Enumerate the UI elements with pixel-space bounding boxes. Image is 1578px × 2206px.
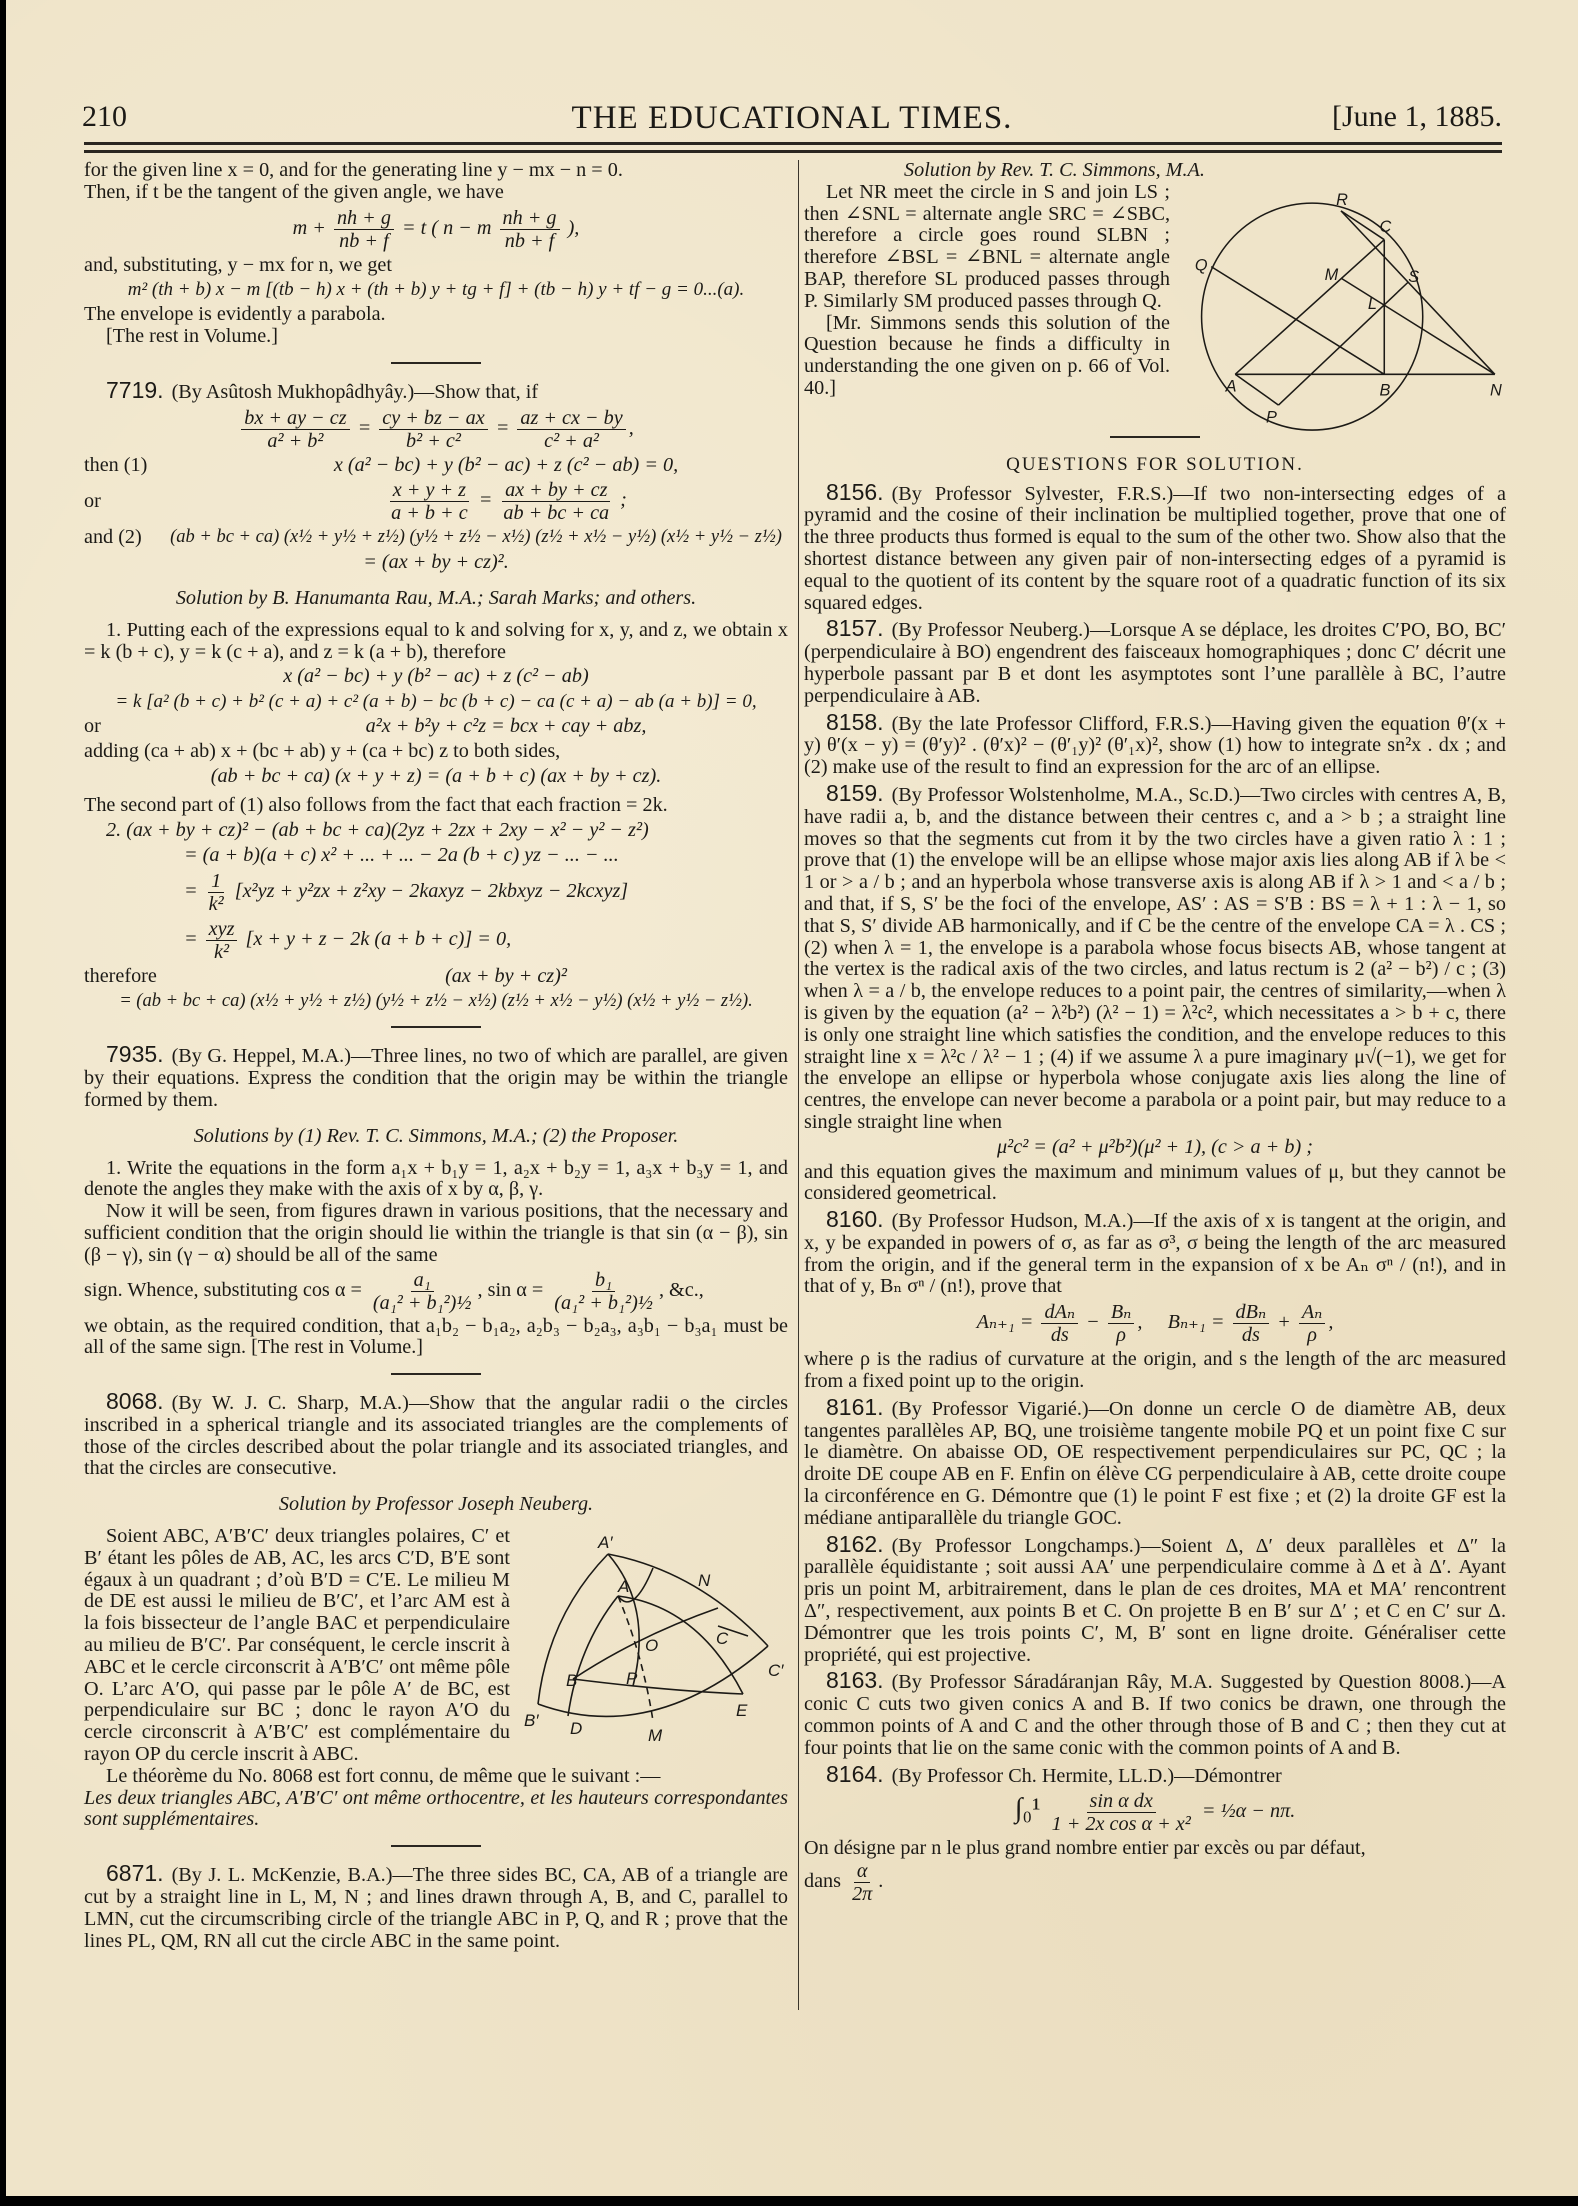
eq-body: x (a² − bc) + y (b² − ac) + z (c² − ab) …	[224, 455, 788, 477]
numerator: ax + by + cz	[502, 479, 610, 502]
text-line: Then, if t be the tangent of the given a…	[84, 182, 788, 204]
text-line: and, substituting, y − mx for n, we get	[84, 255, 788, 277]
eq-part: Aₙ₊₁ =	[977, 1311, 1034, 1333]
eq-label: or	[84, 491, 224, 513]
denominator: nb + f	[336, 230, 392, 252]
question-8156: 8156.(By Professor Sylvester, F.R.S.)—If…	[804, 482, 1506, 615]
equation-row: then (1)x (a² − bc) + y (b² − ac) + z (c…	[84, 455, 788, 477]
equation: m² (th + b) x − m [(tb − h) x + (th + b)…	[84, 279, 788, 301]
simmons-solution: Solution by Rev. T. C. Simmons, M.A. RCQ…	[804, 160, 1506, 400]
integral-equation: ∫₀¹ sin α dx1 + 2x cos α + x² = ½α − nπ.	[804, 1790, 1506, 1835]
question-8159: 8159.(By Professor Wolstenholme, M.A., S…	[804, 783, 1506, 1205]
equation: m + nh + gnb + f = t ( n − m nh + gnb + …	[84, 207, 788, 252]
question-number: 8161.	[826, 1394, 884, 1420]
text: .	[878, 1870, 883, 1892]
svg-text:O: O	[645, 1636, 658, 1655]
right-column: Solution by Rev. T. C. Simmons, M.A. RCQ…	[804, 160, 1506, 1905]
svg-text:D: D	[570, 1719, 582, 1738]
header-rule-top	[84, 142, 1502, 145]
header-rule-bottom	[84, 150, 1502, 153]
equation: x (a² − bc) + y (b² − ac) + z (c² − ab)	[84, 666, 788, 688]
numerator: x + y + z	[390, 479, 469, 502]
equation: bx + ay − cza² + b² = cy + bz − axb² + c…	[84, 407, 788, 452]
question-number: 8156.	[826, 479, 884, 505]
denominator: nb + f	[502, 230, 558, 252]
question-text: (By Asûtosh Mukhopâdhyây.)—Show that, if	[172, 381, 539, 403]
eq-body: x + y + za + b + c = ax + by + czab + bc…	[224, 479, 788, 524]
solution-byline: Solution by Professor Joseph Neuberg.	[84, 1494, 788, 1516]
question-8068: 8068.(By W. J. C. Sharp, M.A.)—Show that…	[84, 1391, 788, 1831]
numerator: nh + g	[500, 207, 560, 230]
eq-label: and (2)	[84, 527, 164, 549]
svg-text:B: B	[1379, 381, 1390, 399]
numerator: a₁	[411, 1269, 434, 1292]
fraction: x + y + za + b + c	[388, 479, 471, 524]
question-7935: 7935.(By G. Heppel, M.A.)—Three lines, n…	[84, 1044, 788, 1359]
fraction: Bₙρ	[1108, 1301, 1135, 1346]
equation: Aₙ₊₁ = dAₙds − Bₙρ, Bₙ₊₁ = dBₙds + Aₙρ,	[804, 1301, 1506, 1346]
question-8157: 8157.(By Professor Neuberg.)—Lorsque A s…	[804, 618, 1506, 707]
equation: = xyzk² [x + y + z − 2k (a + b + c)] = 0…	[84, 918, 788, 963]
text: dans	[804, 1870, 841, 1892]
denominator: ds	[1239, 1324, 1263, 1346]
denominator: ds	[1048, 1324, 1072, 1346]
svg-text:P: P	[626, 1669, 638, 1688]
denominator: ρ	[1304, 1324, 1320, 1346]
equation-row: or x + y + za + b + c = ax + by + czab +…	[84, 479, 788, 524]
numerator: dAₙ	[1041, 1301, 1078, 1324]
eq-part: Bₙ₊₁ =	[1168, 1311, 1225, 1333]
continued-solution: for the given line x = 0, and for the ge…	[84, 160, 788, 348]
circle-figure: RCQ MSL ABN P	[1176, 182, 1506, 432]
eq-part: +	[1277, 1311, 1291, 1333]
svg-text:A: A	[1225, 377, 1237, 395]
section-rule	[1110, 436, 1200, 438]
eq-part: [x + y + z − 2k (a + b + c)] = 0,	[246, 928, 512, 950]
question-text: (By G. Heppel, M.A.)—Three lines, no two…	[84, 1045, 788, 1111]
denominator: ab + bc + ca	[500, 502, 612, 524]
journal-title: THE EDUCATIONAL TIMES.	[82, 100, 1502, 137]
fraction: az + cx − byc² + a²	[517, 407, 625, 452]
equation: = 1k² [x²yz + y²zx + z²xy − 2kaxyz − 2kb…	[84, 870, 788, 915]
denominator: (a₁² + b₁²)½	[551, 1292, 656, 1314]
denominator: b² + c²	[403, 430, 464, 452]
eq-part: =	[184, 928, 198, 950]
question-number: 8164.	[826, 1761, 884, 1787]
fraction: a₁(a₁² + b₁²)½	[370, 1269, 475, 1314]
numerator: α	[854, 1860, 871, 1883]
equation-row: and (2)(ab + bc + ca) (x½ + y½ + z½) (y½…	[84, 527, 788, 549]
text-line: for the given line x = 0, and for the ge…	[84, 160, 788, 182]
question-text: (By Professor Wolstenholme, M.A., Sc.D.)…	[804, 784, 1506, 1133]
issue-date: [June 1, 1885.	[1332, 100, 1502, 134]
question-number: 8159.	[826, 780, 884, 806]
question-number: 8162.	[826, 1531, 884, 1557]
numerator: 1	[208, 870, 224, 893]
paragraph: 1. Putting each of the expressions equal…	[84, 620, 788, 664]
spherical-triangle-figure: A′NA OCC′ BPE B′DM	[518, 1526, 788, 1746]
paragraph: The second part of (1) also follows from…	[84, 795, 788, 817]
eq-body: (ab + bc + ca) (x½ + y½ + z½) (y½ + z½ −…	[164, 527, 788, 549]
svg-text:C: C	[716, 1629, 729, 1648]
left-column: for the given line x = 0, and for the ge…	[84, 160, 788, 1952]
paragraph: and this equation gives the maximum and …	[804, 1162, 1506, 1206]
paragraph: Les deux triangles ABC, A′B′C′ ont même …	[84, 1788, 788, 1832]
eq-label: then (1)	[84, 455, 224, 477]
svg-text:R: R	[1336, 191, 1348, 209]
page-header: 210 THE EDUCATIONAL TIMES. [June 1, 1885…	[82, 100, 1502, 136]
svg-text:C: C	[1379, 218, 1391, 236]
question-text: (By J. L. McKenzie, B.A.)—The three side…	[84, 1864, 788, 1951]
svg-text:N: N	[1490, 381, 1502, 399]
numerator: sin α dx	[1087, 1790, 1156, 1813]
svg-text:Q: Q	[1195, 256, 1208, 274]
fraction: bx + ay − cza² + b²	[241, 407, 349, 452]
denominator: a² + b²	[264, 430, 326, 452]
question-8164: 8164.(By Professor Ch. Hermite, LL.D.)—D…	[804, 1764, 1506, 1906]
denominator: a + b + c	[388, 502, 471, 524]
text-line: The envelope is evidently a parabola.	[84, 304, 788, 326]
svg-text:A: A	[617, 1577, 629, 1596]
equation: = k [a² (b + c) + b² (c + a) + c² (a + b…	[84, 691, 788, 713]
question-text: (By Professor Hudson, M.A.)—If the axis …	[804, 1210, 1506, 1297]
fraction: dAₙds	[1041, 1301, 1078, 1346]
numerator: dBₙ	[1233, 1301, 1270, 1324]
fraction: nh + gnb + f	[500, 207, 560, 252]
solution-byline: Solution by Rev. T. C. Simmons, M.A.	[804, 160, 1506, 182]
section-title: QUESTIONS FOR SOLUTION.	[804, 454, 1506, 476]
question-number: 8157.	[826, 615, 884, 641]
figure-wrap: A′NA OCC′ BPE B′DM Soient ABC, A′B′C′ de…	[84, 1526, 788, 1766]
fraction: xyzk²	[206, 918, 238, 963]
equation-line: sign. Whence, substituting cos α = a₁(a₁…	[84, 1269, 788, 1314]
eq-part: sign. Whence, substituting cos α =	[84, 1279, 362, 1301]
fraction: 1k²	[206, 870, 227, 915]
paragraph: Now it will be seen, from figures drawn …	[84, 1201, 788, 1266]
paragraph: Le théorème du No. 8068 est fort connu, …	[84, 1766, 788, 1788]
denominator: c² + a²	[541, 430, 602, 452]
question-8162: 8162.(By Professor Longchamps.)—Soient Δ…	[804, 1534, 1506, 1667]
denominator: (a₁² + b₁²)½	[370, 1292, 475, 1314]
eq-part: = t ( n − m	[402, 217, 491, 239]
section-rule	[391, 1845, 481, 1847]
fraction: dBₙds	[1233, 1301, 1270, 1346]
fraction: sin α dx1 + 2x cos α + x²	[1049, 1790, 1194, 1835]
solution-byline: Solution by B. Hanumanta Rau, M.A.; Sara…	[84, 588, 788, 610]
eq-part: =	[184, 880, 198, 902]
eq-part: , &c.,	[659, 1279, 704, 1301]
section-rule	[391, 362, 481, 364]
numerator: xyz	[206, 918, 238, 941]
denominator: ρ	[1113, 1324, 1129, 1346]
eq-part: , sin α =	[478, 1279, 544, 1301]
denominator: 1 + 2x cos α + x²	[1049, 1813, 1194, 1835]
fraction: ax + by + czab + bc + ca	[500, 479, 612, 524]
question-6871: 6871.(By J. L. McKenzie, B.A.)—The three…	[84, 1863, 788, 1952]
equation-row: ora²x + b²y + c²z = bcx + cay + abz,	[84, 716, 788, 738]
svg-text:B: B	[566, 1671, 577, 1690]
numerator: az + cx − by	[517, 407, 625, 430]
svg-text:E: E	[736, 1701, 748, 1720]
equation: μ²c² = (a² + μ²b²)(μ² + 1), (c > a + b) …	[804, 1137, 1506, 1159]
svg-text:B′: B′	[524, 1711, 539, 1730]
question-number: 8158.	[826, 709, 884, 735]
svg-text:L: L	[1368, 295, 1377, 313]
solution-byline: Solutions by (1) Rev. T. C. Simmons, M.A…	[84, 1126, 788, 1148]
question-number: 8163.	[826, 1667, 884, 1693]
svg-text:M: M	[648, 1726, 663, 1745]
question-8161: 8161.(By Professor Vigarié.)—On donne un…	[804, 1397, 1506, 1530]
svg-text:P: P	[1266, 408, 1277, 426]
numerator: cy + bz − ax	[379, 407, 487, 430]
equation: = (ab + bc + ca) (x½ + y½ + z½) (y½ + z½…	[84, 991, 788, 1013]
section-rule	[391, 1026, 481, 1028]
eq-label: therefore	[84, 966, 224, 988]
question-7719: 7719.(By Asûtosh Mukhopâdhyây.)—Show tha…	[84, 380, 788, 1013]
svg-text:N: N	[698, 1571, 711, 1590]
equation: = (ax + by + cz)².	[84, 552, 788, 574]
journal-page: 210 THE EDUCATIONAL TIMES. [June 1, 1885…	[6, 0, 1578, 2196]
eq-part: [x²yz + y²zx + z²xy − 2kaxyz − 2kbxyz − …	[235, 880, 628, 902]
paragraph: 1. Write the equations in the form a₁x +…	[84, 1158, 788, 1202]
question-8158: 8158.(By the late Professor Clifford, F.…	[804, 712, 1506, 779]
denominator: k²	[211, 941, 232, 963]
question-text: (By Professor Sáradáranjan Rây, M.A. Sug…	[804, 1671, 1506, 1758]
paragraph: we obtain, as the required condition, th…	[84, 1316, 788, 1360]
eq-body: (ax + by + cz)²	[224, 966, 788, 988]
question-text: (By W. J. C. Sharp, M.A.)—Show that the …	[84, 1392, 788, 1479]
rest-in-volume: [The rest in Volume.]	[84, 326, 788, 348]
question-text: (By Professor Longchamps.)—Soient Δ, Δ′ …	[804, 1535, 1506, 1666]
eq-part: = ½α − nπ.	[1202, 1801, 1295, 1823]
equation: (ab + bc + ca) (x + y + z) = (a + b + c)…	[84, 766, 788, 788]
denominator: 2π	[849, 1883, 875, 1905]
question-text: (By Professor Vigarié.)—On donne un cerc…	[804, 1398, 1506, 1529]
question-text: (By Professor Sylvester, F.R.S.)—If two …	[804, 483, 1506, 614]
eq-part: m +	[293, 217, 326, 239]
question-8160: 8160.(By Professor Hudson, M.A.)—If the …	[804, 1209, 1506, 1393]
question-number: 8068.	[106, 1388, 164, 1414]
denominator: k²	[206, 893, 227, 915]
fraction: α2π	[849, 1860, 875, 1905]
svg-text:C′: C′	[768, 1661, 784, 1680]
question-number: 7935.	[106, 1041, 164, 1067]
eq-part: ),	[568, 217, 580, 239]
eq-part: −	[1086, 1311, 1100, 1333]
question-number: 7719.	[106, 377, 164, 403]
paragraph: On désigne par n le plus grand nombre en…	[804, 1838, 1506, 1860]
paragraph: adding (ca + ab) x + (bc + ab) y + (ca +…	[84, 741, 788, 763]
equation: 2. (ax + by + cz)² − (ab + bc + ca)(2yz …	[84, 820, 788, 842]
numerator: Aₙ	[1299, 1301, 1326, 1324]
svg-text:S: S	[1408, 268, 1419, 286]
svg-text:A′: A′	[597, 1533, 613, 1552]
question-number: 8160.	[826, 1206, 884, 1232]
equation: = (a + b)(a + c) x² + ... + ... − 2a (b …	[84, 845, 788, 867]
question-number: 6871.	[106, 1860, 164, 1886]
fraction: b₁(a₁² + b₁²)½	[551, 1269, 656, 1314]
eq-body: a²x + b²y + c²z = bcx + cay + abz,	[224, 716, 788, 738]
question-text: (By Professor Neuberg.)—Lorsque A se dép…	[804, 619, 1506, 706]
question-text: (By the late Professor Clifford, F.R.S.)…	[804, 713, 1506, 779]
paragraph: where ρ is the radius of curvature at th…	[804, 1349, 1506, 1393]
column-divider	[798, 160, 799, 2010]
numerator: nh + g	[334, 207, 394, 230]
numerator: bx + ay − cz	[241, 407, 349, 430]
numerator: b₁	[592, 1269, 615, 1292]
question-text: (By Professor Ch. Hermite, LL.D.)—Démont…	[892, 1765, 1282, 1787]
fraction: cy + bz − axb² + c²	[379, 407, 487, 452]
svg-text:M: M	[1325, 266, 1339, 284]
eq-label: or	[84, 716, 224, 738]
section-rule	[391, 1373, 481, 1375]
integral-sign: ∫₀¹	[1015, 1794, 1041, 1825]
equation-row: therefore(ax + by + cz)²	[84, 966, 788, 988]
numerator: Bₙ	[1108, 1301, 1135, 1324]
question-8163: 8163.(By Professor Sáradáranjan Rây, M.A…	[804, 1670, 1506, 1759]
fraction: Aₙρ	[1299, 1301, 1326, 1346]
fraction: nh + gnb + f	[334, 207, 394, 252]
